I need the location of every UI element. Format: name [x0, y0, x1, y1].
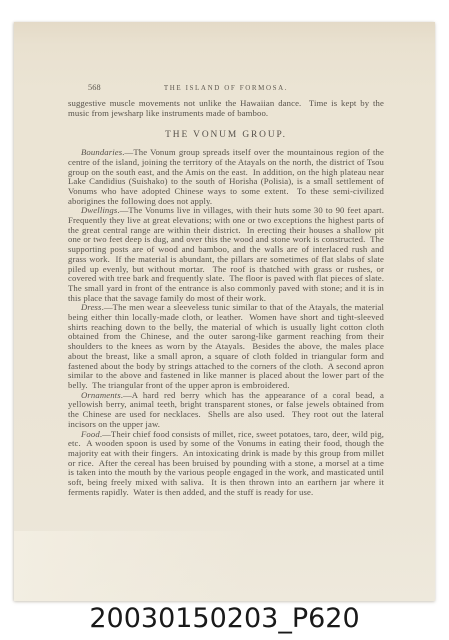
- image-id-caption: 20030150203_P620: [0, 602, 449, 636]
- paragraph-label: Food: [81, 429, 100, 439]
- page-text-block: 568 THE ISLAND OF FORMOSA. suggestive mu…: [68, 83, 384, 497]
- paragraph-ornaments: Ornaments.—A hard red berry which has th…: [68, 391, 384, 430]
- book-page: 568 THE ISLAND OF FORMOSA. suggestive mu…: [14, 22, 435, 601]
- paragraph-label: Dress: [81, 302, 102, 312]
- intro-paragraph: suggestive muscle movements not unlike t…: [68, 99, 384, 118]
- paragraph-label: Boundaries: [81, 147, 122, 157]
- paragraph-boundaries: Boundaries.—The Vonum group spreads itse…: [68, 148, 384, 206]
- paragraph-food: Food.—Their chief food consists of mille…: [68, 430, 384, 498]
- section-heading: THE VONUM GROUP.: [68, 131, 384, 141]
- running-title: THE ISLAND OF FORMOSA.: [68, 84, 384, 94]
- body-paragraphs: Boundaries.—The Vonum group spreads itse…: [68, 148, 384, 497]
- paragraph-label: Dwellings: [81, 205, 117, 215]
- paragraph-label: Ornaments: [81, 390, 121, 400]
- page-header: 568 THE ISLAND OF FORMOSA.: [68, 83, 384, 93]
- paragraph-dwellings: Dwellings.—The Vonums live in villages, …: [68, 206, 384, 303]
- paragraph-dress: Dress.—The men wear a sleeveless tunic s…: [68, 303, 384, 390]
- scanned-page-view: 568 THE ISLAND OF FORMOSA. suggestive mu…: [0, 0, 449, 640]
